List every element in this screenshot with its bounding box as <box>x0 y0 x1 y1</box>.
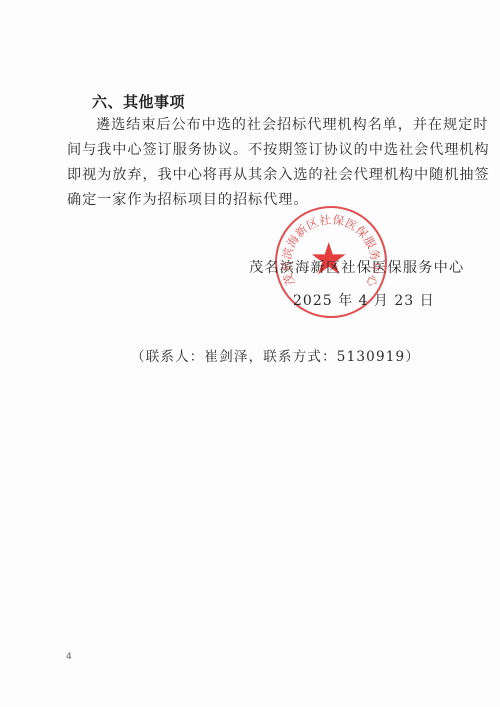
page-number: 4 <box>66 652 72 662</box>
signing-date: 2025 年 4 月 23 日 <box>293 290 435 310</box>
contact-info: （联系人：崔剑泽，联系方式：5130919） <box>131 345 420 365</box>
signing-organization: 茂名滨海新区社保医保服务中心 <box>249 257 464 277</box>
paragraph-line: 即视为放弃，我中心将再从其余入选的社会代理机构中随机抽签 <box>67 163 435 188</box>
document-page: 六、其他事项 遴选结束后公布中选的社会招标代理机构名单，并在规定时 间与我中心签… <box>0 0 500 707</box>
paragraph-line: 间与我中心签订服务协议。不按期签订协议的中选社会代理机构 <box>67 138 435 163</box>
section-heading: 六、其他事项 <box>92 91 185 112</box>
paragraph-line: 遴选结束后公布中选的社会招标代理机构名单，并在规定时 <box>67 113 435 138</box>
body-paragraph: 遴选结束后公布中选的社会招标代理机构名单，并在规定时 间与我中心签订服务协议。不… <box>67 113 435 213</box>
